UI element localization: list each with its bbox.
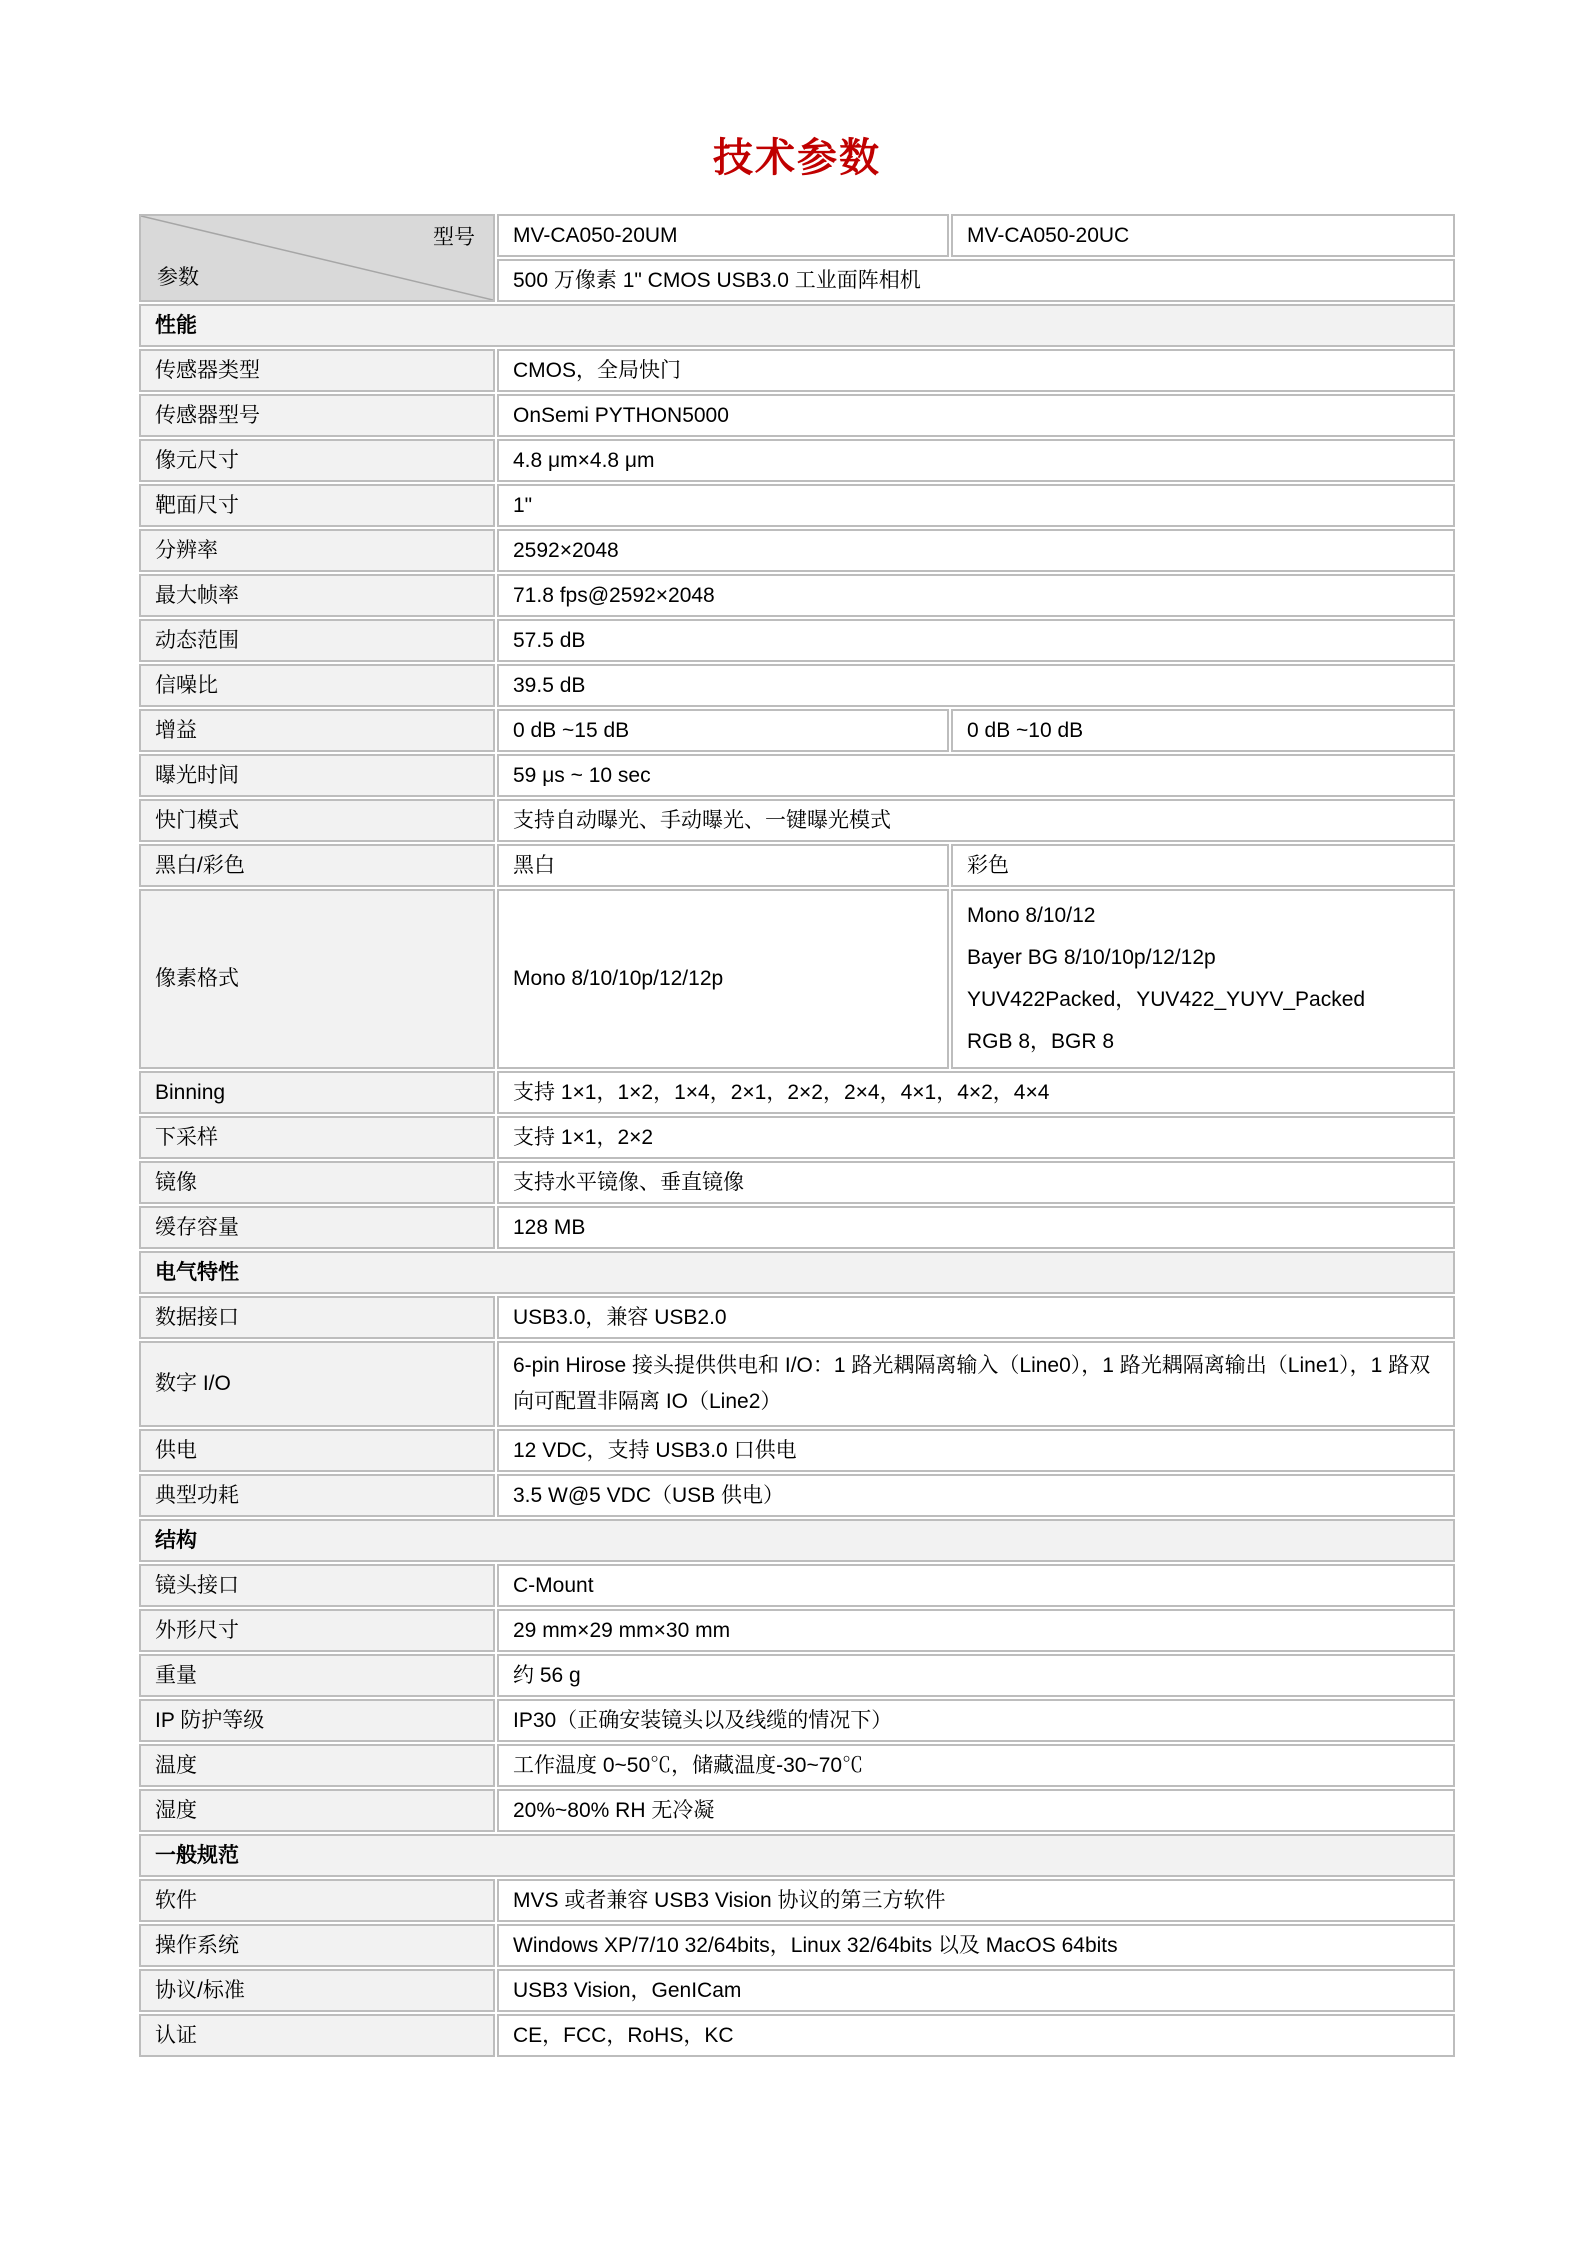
spec-label-cell: 黑白/彩色 (139, 844, 495, 887)
spec-row: 信噪比39.5 dB (139, 664, 1455, 707)
section-header-cell: 结构 (139, 1519, 1455, 1562)
spec-row: 数据接口USB3.0，兼容 USB2.0 (139, 1296, 1455, 1339)
spec-value-uc-cell: 彩色 (951, 844, 1455, 887)
spec-table-body: 型号 参数 MV-CA050-20UM MV-CA050-20UC 500 万像… (139, 214, 1455, 2057)
spec-value-um-cell: Mono 8/10/10p/12/12p (497, 889, 949, 1069)
pixel-format-line: YUV422Packed，YUV422_YUYV_Packed (967, 979, 1439, 1021)
spec-value-cell: 支持 1×1，2×2 (497, 1116, 1455, 1159)
spec-label-cell: 像素格式 (139, 889, 495, 1069)
spec-row: 曝光时间59 μs ~ 10 sec (139, 754, 1455, 797)
spec-row: 靶面尺寸1" (139, 484, 1455, 527)
spec-value-uc-cell: 0 dB ~10 dB (951, 709, 1455, 752)
spec-row: 像素格式Mono 8/10/10p/12/12pMono 8/10/12Baye… (139, 889, 1455, 1069)
model-uc-cell: MV-CA050-20UC (951, 214, 1455, 257)
spec-row: 动态范围57.5 dB (139, 619, 1455, 662)
spec-label-cell: 数据接口 (139, 1296, 495, 1339)
spec-table: 型号 参数 MV-CA050-20UM MV-CA050-20UC 500 万像… (137, 212, 1457, 2059)
spec-label-cell: 曝光时间 (139, 754, 495, 797)
spec-label-cell: 外形尺寸 (139, 1609, 495, 1652)
spec-row: 黑白/彩色黑白彩色 (139, 844, 1455, 887)
spec-label-cell: 镜头接口 (139, 1564, 495, 1607)
spec-row: 数字 I/O6-pin Hirose 接头提供供电和 I/O：1 路光耦隔离输入… (139, 1341, 1455, 1427)
section-row: 结构 (139, 1519, 1455, 1562)
spec-label-cell: 供电 (139, 1429, 495, 1472)
spec-value-cell: OnSemi PYTHON5000 (497, 394, 1455, 437)
spec-value-cell: 59 μs ~ 10 sec (497, 754, 1455, 797)
spec-row: 像元尺寸4.8 μm×4.8 μm (139, 439, 1455, 482)
spec-row: 最大帧率71.8 fps@2592×2048 (139, 574, 1455, 617)
spec-label-cell: 增益 (139, 709, 495, 752)
spec-label-cell: 数字 I/O (139, 1341, 495, 1427)
spec-label-cell: 快门模式 (139, 799, 495, 842)
spec-label-cell: 像元尺寸 (139, 439, 495, 482)
spec-value-cell: 57.5 dB (497, 619, 1455, 662)
section-header-cell: 电气特性 (139, 1251, 1455, 1294)
spec-row: Binning支持 1×1，1×2，1×4，2×1，2×2，2×4，4×1，4×… (139, 1071, 1455, 1114)
section-header-cell: 性能 (139, 304, 1455, 347)
spec-value-cell: 12 VDC，支持 USB3.0 口供电 (497, 1429, 1455, 1472)
spec-row: 温度工作温度 0~50℃，储藏温度-30~70℃ (139, 1744, 1455, 1787)
spec-value-cell: MVS 或者兼容 USB3 Vision 协议的第三方软件 (497, 1879, 1455, 1922)
spec-value-cell: 4.8 μm×4.8 μm (497, 439, 1455, 482)
spec-value-cell: IP30（正确安装镜头以及线缆的情况下） (497, 1699, 1455, 1742)
spec-row: 传感器类型CMOS，全局快门 (139, 349, 1455, 392)
spec-value-cell: 2592×2048 (497, 529, 1455, 572)
spec-value-cell: 1" (497, 484, 1455, 527)
spec-value-cell: USB3 Vision，GenICam (497, 1969, 1455, 2012)
spec-label-cell: 最大帧率 (139, 574, 495, 617)
spec-label-cell: 下采样 (139, 1116, 495, 1159)
spec-row: 操作系统Windows XP/7/10 32/64bits，Linux 32/6… (139, 1924, 1455, 1967)
spec-value-cell: 29 mm×29 mm×30 mm (497, 1609, 1455, 1652)
spec-row: 下采样支持 1×1，2×2 (139, 1116, 1455, 1159)
spec-value-cell: 20%~80% RH 无冷凝 (497, 1789, 1455, 1832)
pixel-format-line: Bayer BG 8/10/10p/12/12p (967, 937, 1439, 979)
spec-value-cell: 支持自动曝光、手动曝光、一键曝光模式 (497, 799, 1455, 842)
spec-row: 供电12 VDC，支持 USB3.0 口供电 (139, 1429, 1455, 1472)
spec-label-cell: 软件 (139, 1879, 495, 1922)
spec-row: 重量约 56 g (139, 1654, 1455, 1697)
page-title: 技术参数 (137, 126, 1457, 183)
spec-row: 传感器型号OnSemi PYTHON5000 (139, 394, 1455, 437)
spec-row: 外形尺寸29 mm×29 mm×30 mm (139, 1609, 1455, 1652)
spec-row: 分辨率2592×2048 (139, 529, 1455, 572)
section-header-cell: 一般规范 (139, 1834, 1455, 1877)
spec-value-cell: CMOS，全局快门 (497, 349, 1455, 392)
spec-label-cell: 认证 (139, 2014, 495, 2057)
corner-param-label: 参数 (157, 264, 199, 292)
spec-row: 镜像支持水平镜像、垂直镜像 (139, 1161, 1455, 1204)
spec-value-cell: 支持 1×1，1×2，1×4，2×1，2×2，2×4，4×1，4×2，4×4 (497, 1071, 1455, 1114)
spec-label-cell: 传感器型号 (139, 394, 495, 437)
spec-label-cell: 操作系统 (139, 1924, 495, 1967)
header-row-models: 型号 参数 MV-CA050-20UM MV-CA050-20UC (139, 214, 1455, 257)
pixel-format-line: RGB 8，BGR 8 (967, 1021, 1439, 1063)
spec-value-um-cell: 黑白 (497, 844, 949, 887)
spec-value-cell: 128 MB (497, 1206, 1455, 1249)
spec-label-cell: 靶面尺寸 (139, 484, 495, 527)
spec-value-cell: USB3.0，兼容 USB2.0 (497, 1296, 1455, 1339)
pixel-format-line: Mono 8/10/12 (967, 895, 1439, 937)
model-um-cell: MV-CA050-20UM (497, 214, 949, 257)
corner-cell: 型号 参数 (139, 214, 495, 302)
spec-value-cell: 6-pin Hirose 接头提供供电和 I/O：1 路光耦隔离输入（Line0… (497, 1341, 1455, 1427)
spec-row: 协议/标准USB3 Vision，GenICam (139, 1969, 1455, 2012)
spec-value-cell: 支持水平镜像、垂直镜像 (497, 1161, 1455, 1204)
spec-label-cell: 典型功耗 (139, 1474, 495, 1517)
spec-label-cell: 协议/标准 (139, 1969, 495, 2012)
spec-row: 典型功耗3.5 W@5 VDC（USB 供电） (139, 1474, 1455, 1517)
spec-row: 快门模式支持自动曝光、手动曝光、一键曝光模式 (139, 799, 1455, 842)
spec-value-uc-cell: Mono 8/10/12Bayer BG 8/10/10p/12/12pYUV4… (951, 889, 1455, 1069)
spec-label-cell: 动态范围 (139, 619, 495, 662)
section-row: 一般规范 (139, 1834, 1455, 1877)
spec-value-cell: 约 56 g (497, 1654, 1455, 1697)
spec-label-cell: 分辨率 (139, 529, 495, 572)
spec-row: 缓存容量128 MB (139, 1206, 1455, 1249)
spec-label-cell: 镜像 (139, 1161, 495, 1204)
spec-label-cell: 传感器类型 (139, 349, 495, 392)
spec-value-cell: 3.5 W@5 VDC（USB 供电） (497, 1474, 1455, 1517)
spec-value-cell: 39.5 dB (497, 664, 1455, 707)
spec-value-cell: 工作温度 0~50℃，储藏温度-30~70℃ (497, 1744, 1455, 1787)
spec-row: 认证CE，FCC，RoHS，KC (139, 2014, 1455, 2057)
spec-row: IP 防护等级IP30（正确安装镜头以及线缆的情况下） (139, 1699, 1455, 1742)
camera-description-cell: 500 万像素 1" CMOS USB3.0 工业面阵相机 (497, 259, 1455, 302)
spec-label-cell: IP 防护等级 (139, 1699, 495, 1742)
spec-label-cell: 温度 (139, 1744, 495, 1787)
spec-label-cell: 缓存容量 (139, 1206, 495, 1249)
spec-label-cell: Binning (139, 1071, 495, 1114)
spec-row: 湿度20%~80% RH 无冷凝 (139, 1789, 1455, 1832)
spec-label-cell: 信噪比 (139, 664, 495, 707)
spec-label-cell: 重量 (139, 1654, 495, 1697)
spec-label-cell: 湿度 (139, 1789, 495, 1832)
section-row: 电气特性 (139, 1251, 1455, 1294)
spec-row: 镜头接口C-Mount (139, 1564, 1455, 1607)
spec-value-cell: Windows XP/7/10 32/64bits，Linux 32/64bit… (497, 1924, 1455, 1967)
spec-value-um-cell: 0 dB ~15 dB (497, 709, 949, 752)
spec-value-cell: CE，FCC，RoHS，KC (497, 2014, 1455, 2057)
section-row: 性能 (139, 304, 1455, 347)
corner-model-label: 型号 (433, 224, 475, 252)
spec-value-cell: C-Mount (497, 1564, 1455, 1607)
spec-row: 软件MVS 或者兼容 USB3 Vision 协议的第三方软件 (139, 1879, 1455, 1922)
spec-row: 增益0 dB ~15 dB0 dB ~10 dB (139, 709, 1455, 752)
spec-value-cell: 71.8 fps@2592×2048 (497, 574, 1455, 617)
